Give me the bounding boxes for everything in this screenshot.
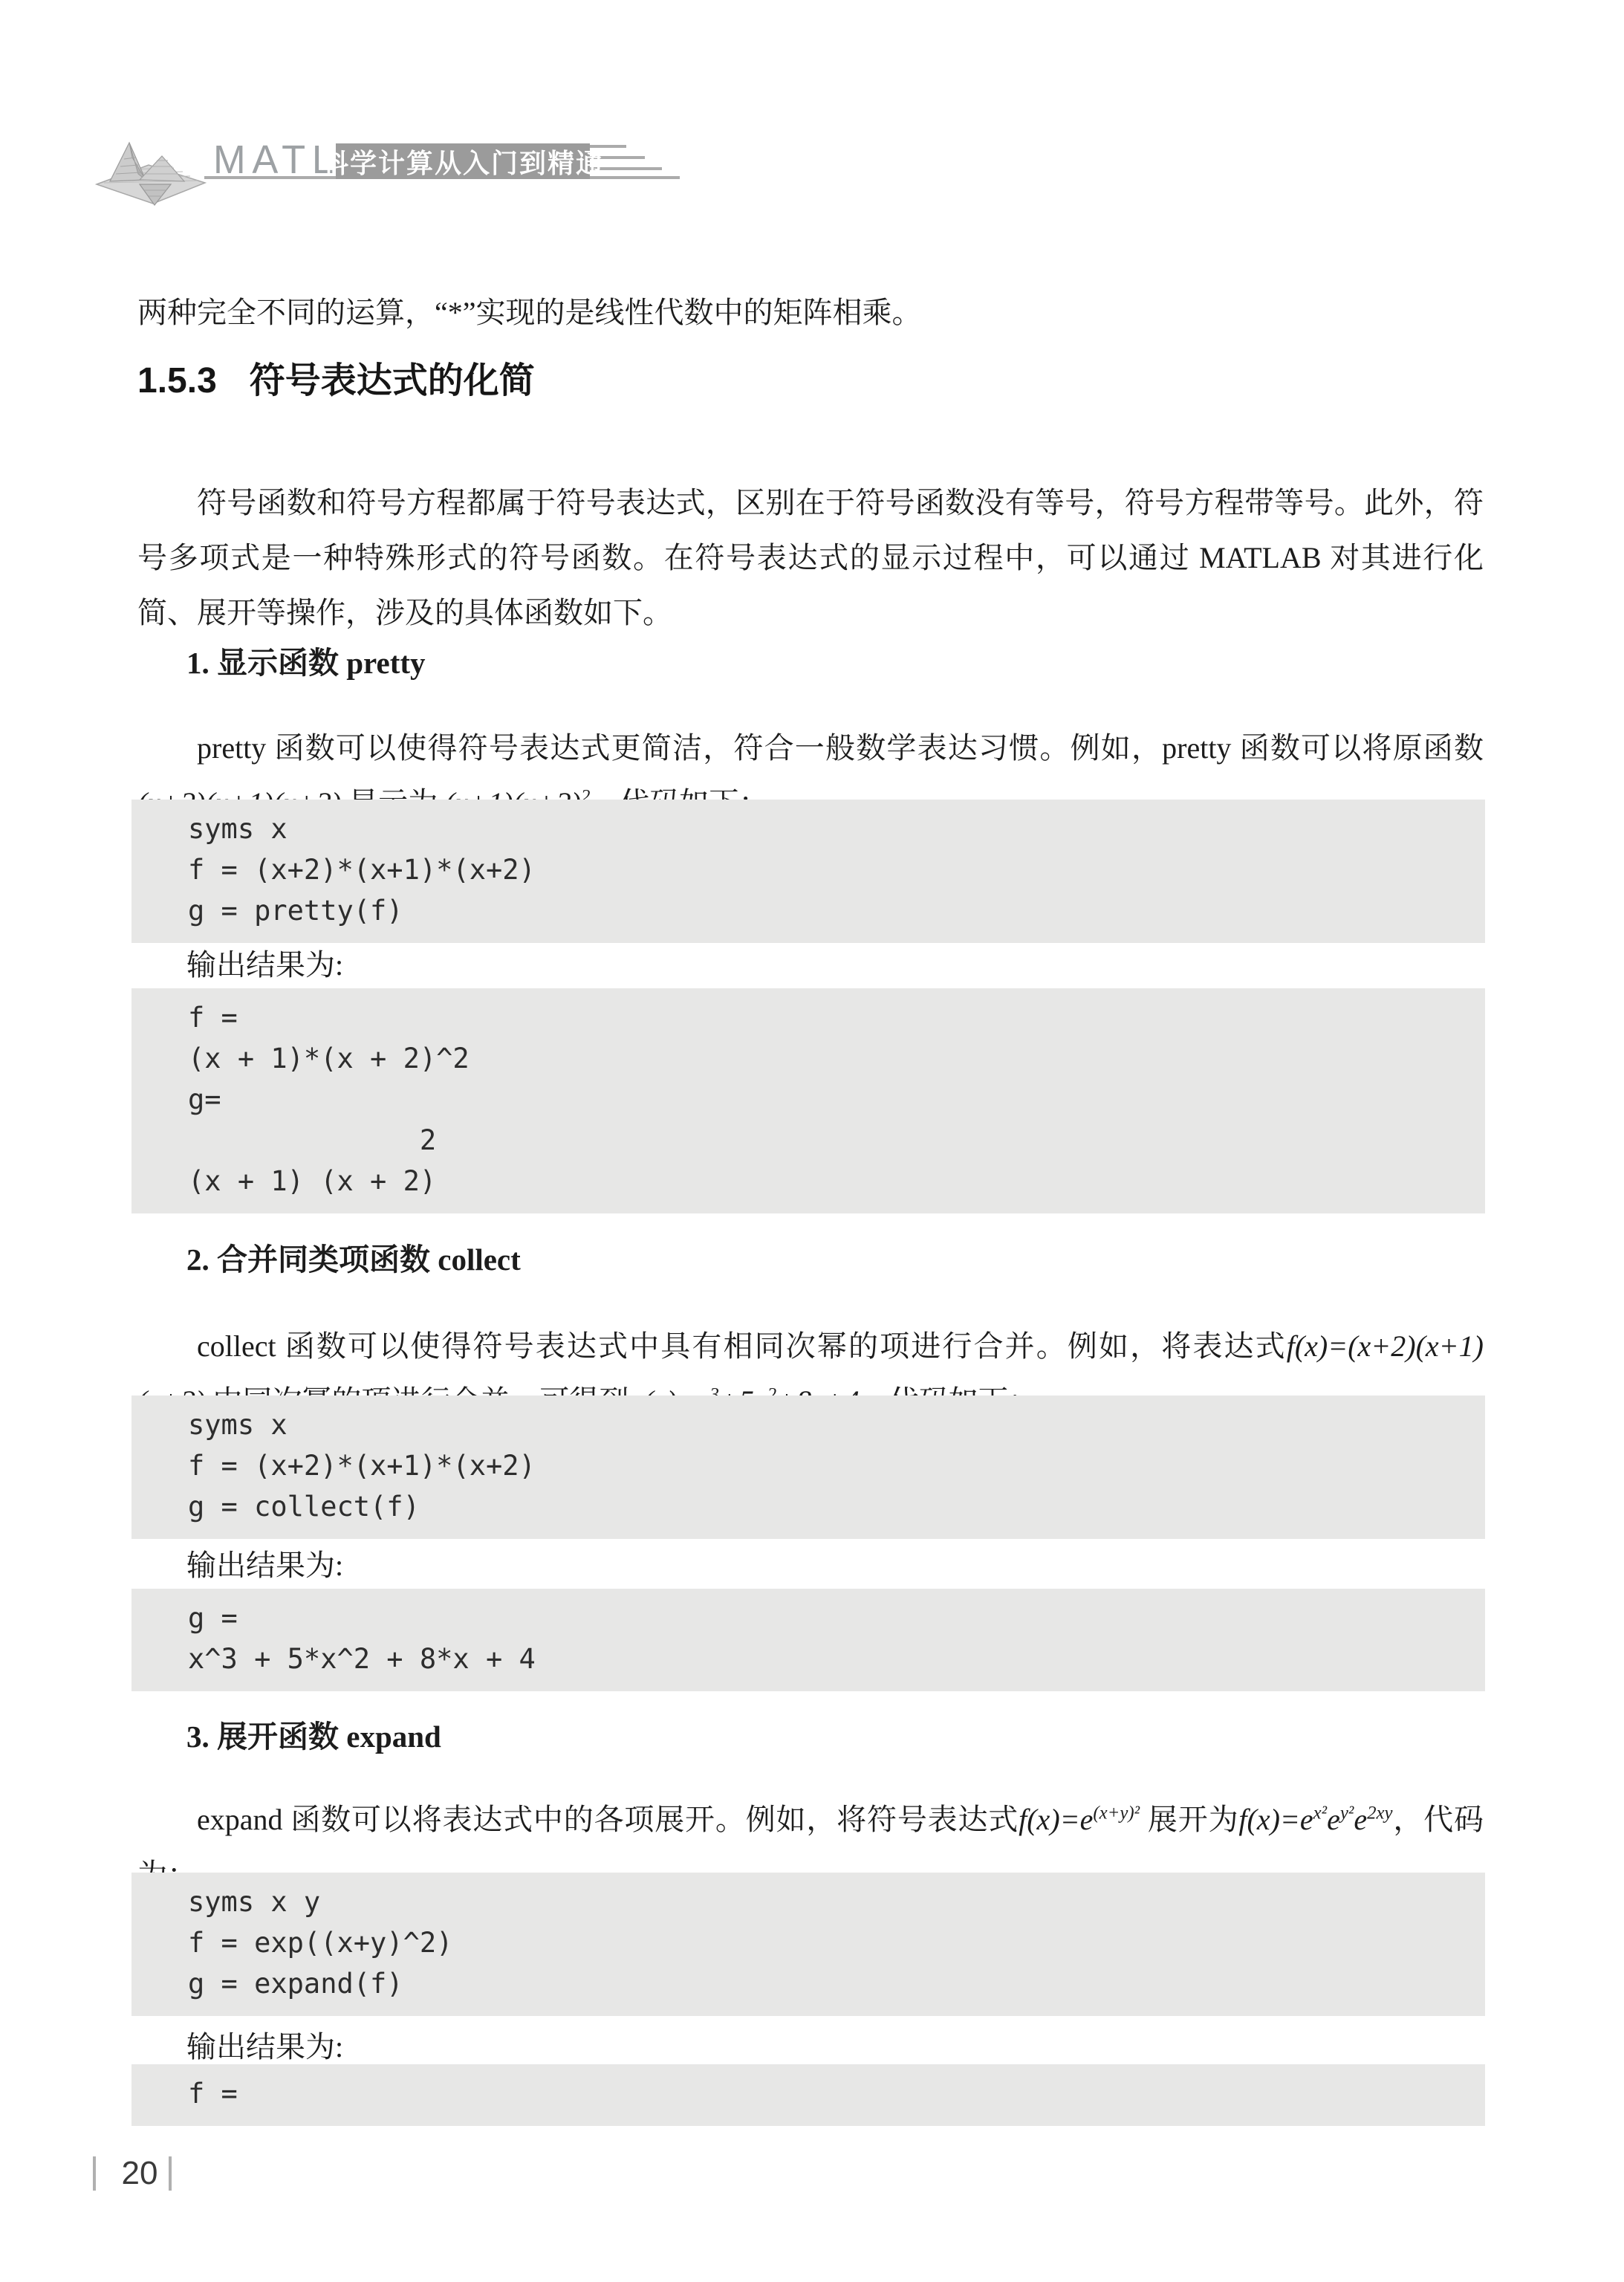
subsection-2-heading: 2. 合并同类项函数 collect [137, 1232, 1484, 1287]
section-title: 符号表达式的化简 [250, 361, 535, 401]
subsection-2-code-block: syms x f = (x+2)*(x+1)*(x+2) g = collect… [131, 1396, 1485, 1539]
book-page: MATLAB 科学计算从入门到精通 两种完全不同的运算，“*”实现的是线性代数中… [0, 0, 1624, 2282]
intro-paragraph: 两种完全不同的运算，“*”实现的是线性代数中的矩阵相乘。 [137, 285, 1484, 340]
page-number-right-bar [169, 2156, 172, 2191]
section-number: 1.5.3 [137, 361, 217, 401]
header-subtitle: 科学计算从入门到精通 [322, 143, 604, 181]
header-subtitle-box: 科学计算从入门到精通 [336, 143, 590, 179]
subsection-3-code-block: syms x y f = exp((x+y)^2) g = expand(f) [131, 1873, 1485, 2016]
subsection-1-output-label: 输出结果为: [137, 938, 1484, 993]
subsection-2-output-block: g = x^3 + 5*x^2 + 8*x + 4 [131, 1589, 1485, 1691]
page-number-left-bar [93, 2156, 96, 2191]
subsection-1-heading: 1. 显示函数 pretty [137, 635, 1484, 690]
subsection-2-output-label: 输出结果为: [137, 1538, 1484, 1593]
subsection-1-code-block: syms x f = (x+2)*(x+1)*(x+2) g = pretty(… [131, 800, 1485, 943]
subsection-1-output-block: f = (x + 1)*(x + 2)^2 g= 2 (x + 1) (x + … [131, 988, 1485, 1213]
page-number: 20 [103, 2155, 177, 2192]
subsection-3-output-block: f = [131, 2064, 1485, 2126]
matlab-peaks-logo-icon [95, 138, 207, 207]
subsection-3-heading: 3. 展开函数 expand [137, 1709, 1484, 1764]
section-heading: 1.5.3符号表达式的化简 [137, 354, 1484, 409]
section-lead-paragraph: 符号函数和符号方程都属于符号表达式，区别在于符号函数没有等号，符号方程带等号。此… [137, 476, 1484, 641]
